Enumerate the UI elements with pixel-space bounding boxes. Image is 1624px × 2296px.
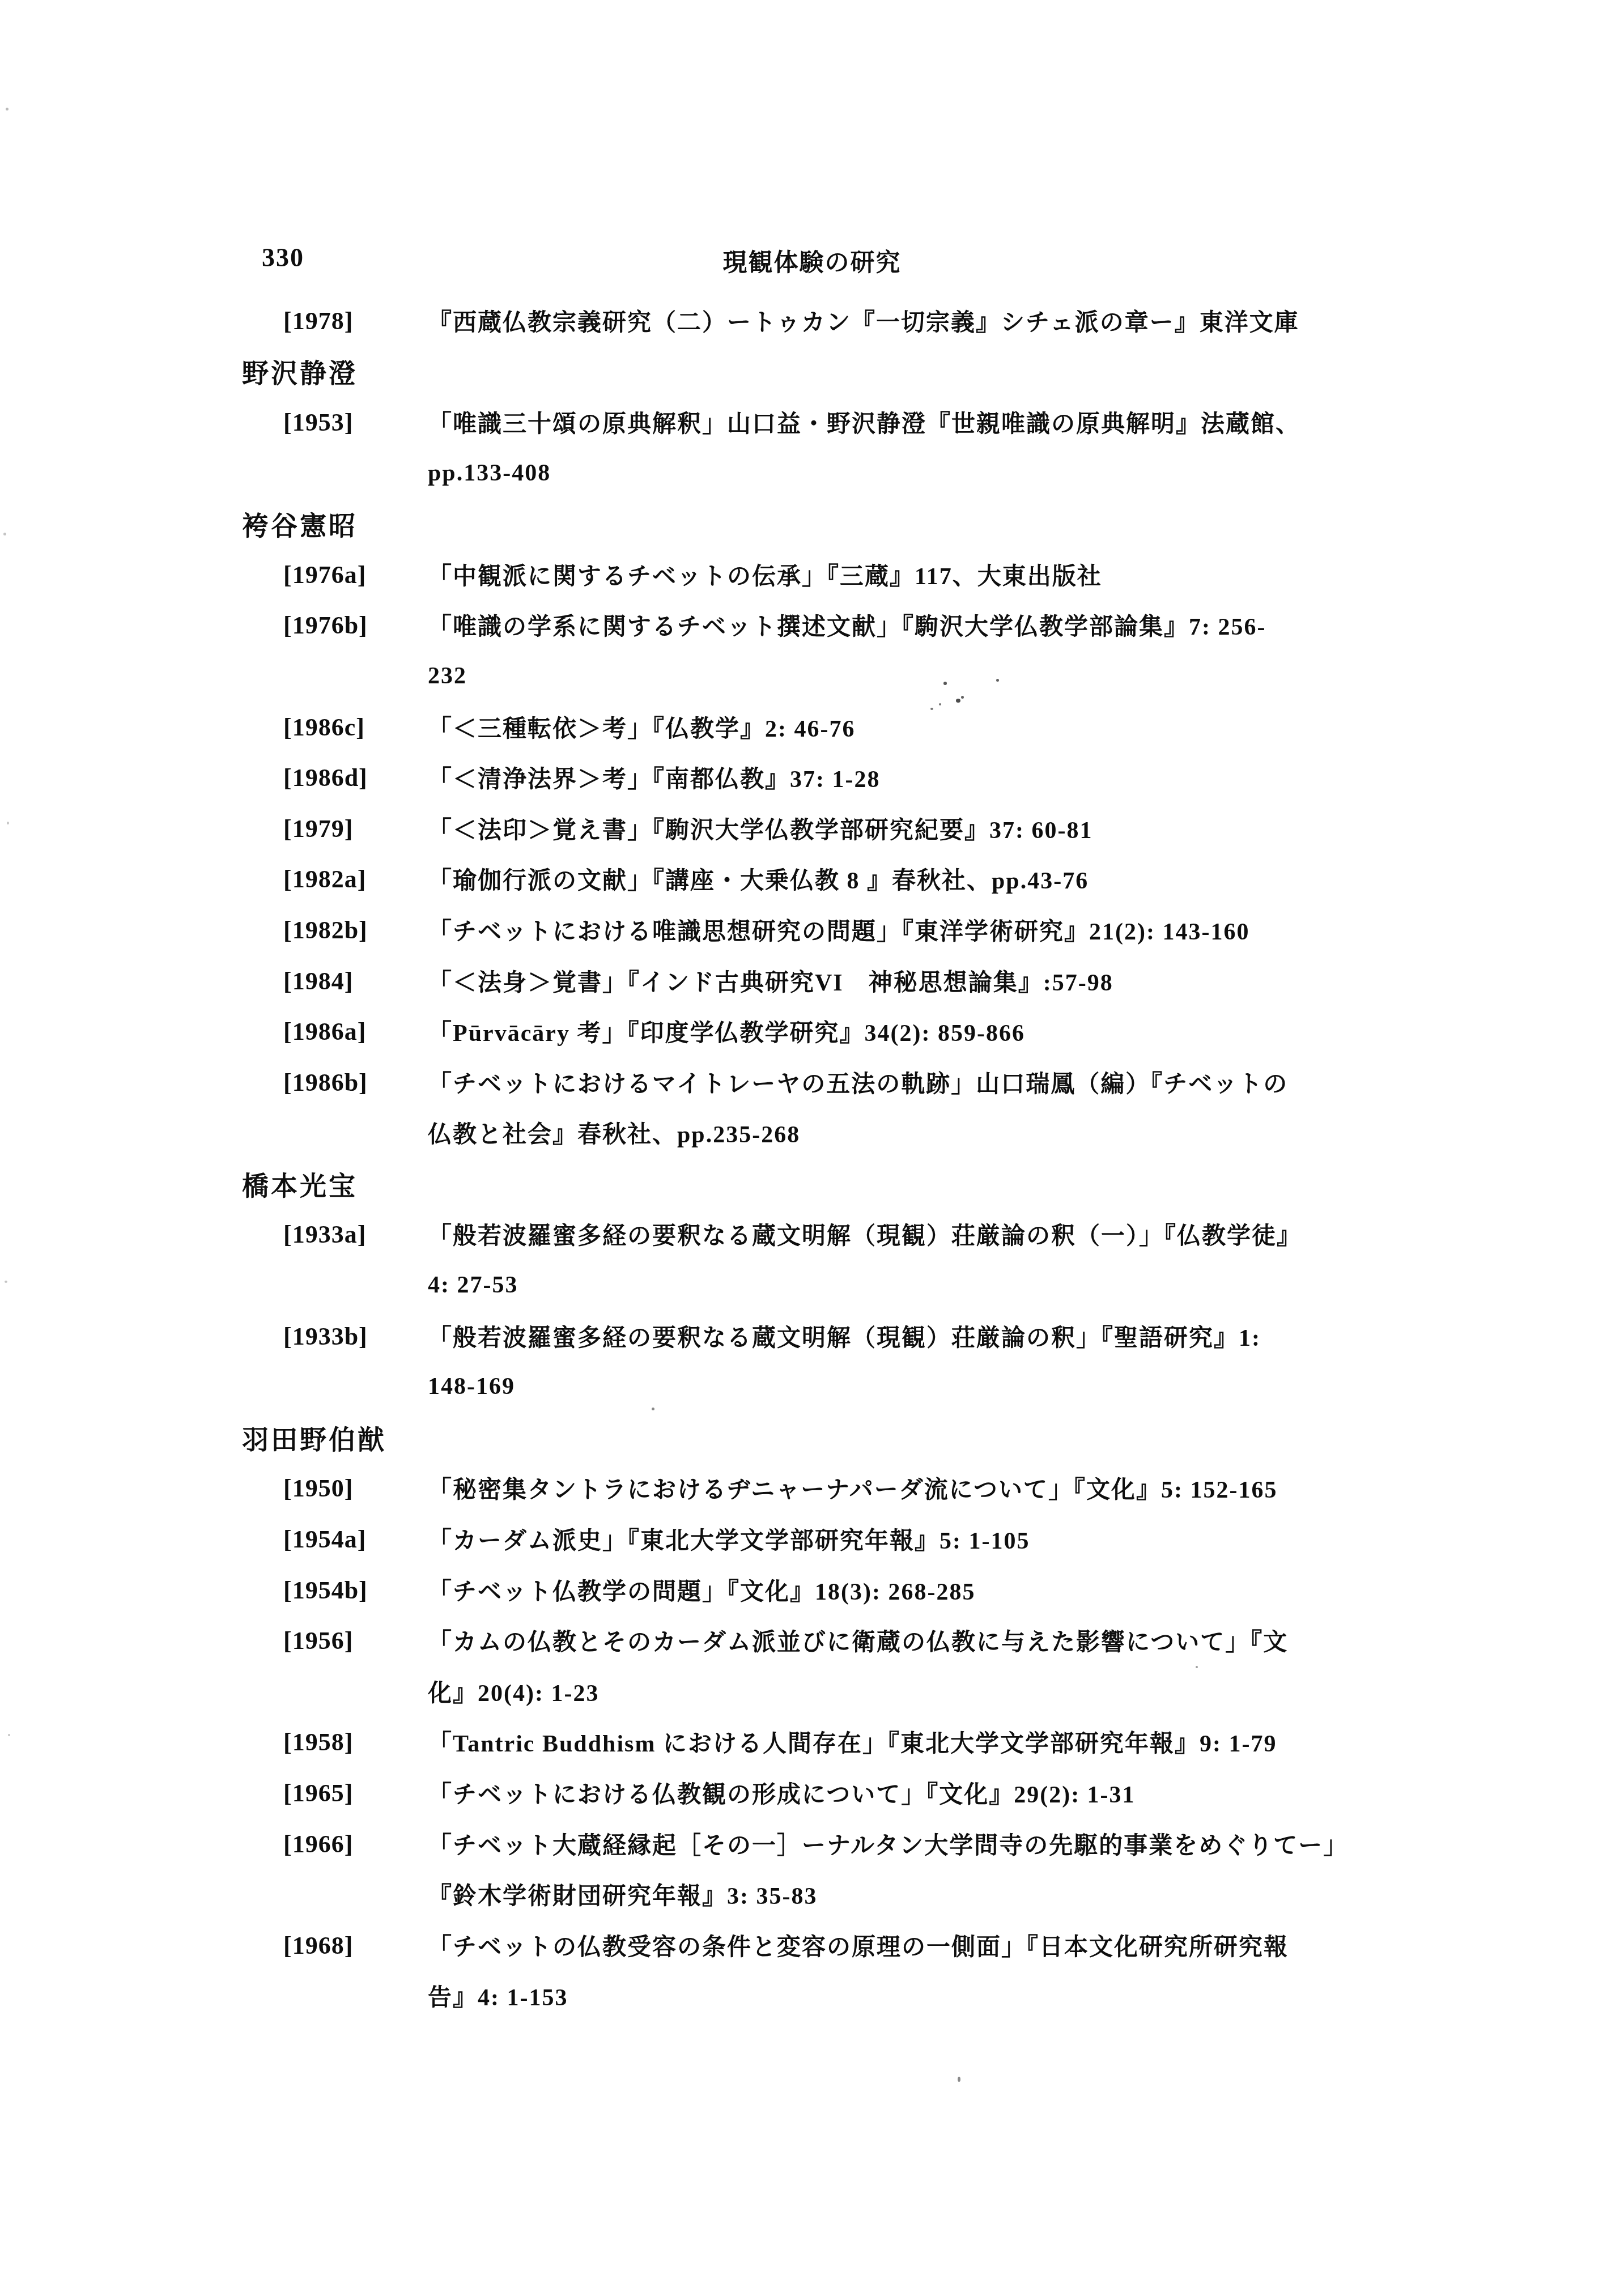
bibliography-entry-row: [1956]「カムの仏教とそのカーダム派並びに衛蔵の仏教に与えた影響について」『… [0, 1615, 1624, 1666]
entry-text: 「秘密集タントラにおけるヂニャーナパーダ流について」『文化』5: 152-165 [428, 1471, 1277, 1505]
entry-year-label: [1968] [283, 1931, 353, 1959]
bibliography-entry-row: [1986d]「＜清浄法界＞考」『南都仏教』37: 1-28 [0, 752, 1624, 803]
scan-artifact [7, 822, 9, 824]
bibliography-entry-row: [1954a]「カーダム派史」『東北大学文学部研究年報』5: 1-105 [0, 1513, 1624, 1564]
bibliography-entry-row: [1978]『西蔵仏教宗義研究（二）ートゥカン『一切宗義』シチェ派の章ー』東洋文… [0, 295, 1624, 346]
author-heading-row: 野沢静澄 [0, 346, 1624, 397]
bibliography-entry-row: [1933b]「般若波羅蜜多経の要釈なる蔵文明解（現観）荘厳論の釈」『聖語研究』… [0, 1311, 1624, 1362]
entry-text: 「チベットにおける唯識思想研究の問題」『東洋学術研究』21(2): 143-16… [428, 913, 1249, 947]
entry-text: 「チベット大蔵経縁起［その一］ーナルタン大学問寺の先駆的事業をめぐりてー」 [428, 1827, 1348, 1861]
scan-artifact [1196, 1666, 1198, 1668]
entry-year-label: [1933a] [283, 1220, 366, 1249]
bibliography-entry-row: [1968]「チベットの仏教受容の条件と変容の原理の一側面」『日本文化研究所研究… [0, 1920, 1624, 1971]
entry-year-label: [1984] [283, 966, 353, 995]
entry-year-label: [1956] [283, 1626, 353, 1655]
entry-text: 「＜清浄法界＞考」『南都仏教』37: 1-28 [428, 760, 880, 794]
bibliography-entry-row: [1986a]「Pūrvācāry 考」『印度学仏教学研究』34(2): 859… [0, 1006, 1624, 1057]
scan-artifact [5, 1281, 7, 1283]
entry-text: 「カムの仏教とそのカーダム派並びに衛蔵の仏教に与えた影響について」『文 [428, 1623, 1288, 1657]
entry-year-label: [1958] [283, 1728, 353, 1757]
entry-text: 『鈴木学術財団研究年報』3: 35-83 [428, 1877, 817, 1911]
scan-artifact [930, 708, 933, 710]
bibliography-entry-row: [1986c]「＜三種転依＞考」『仏教学』2: 46-76 [0, 701, 1624, 752]
entry-text: 「チベットにおける仏教観の形成について」『文化』29(2): 1-31 [428, 1776, 1136, 1810]
scan-artifact [958, 2077, 960, 2082]
entry-text: 「＜法印＞覚え書」『駒沢大学仏教学部研究紀要』37: 60-81 [428, 811, 1092, 845]
entry-text: 『西蔵仏教宗義研究（二）ートゥカン『一切宗義』シチェ派の章ー』東洋文庫 [428, 304, 1299, 338]
entry-text: 4: 27-53 [428, 1272, 518, 1299]
entry-text: 232 [428, 662, 467, 690]
entry-text: 「中観派に関するチベットの伝承」『三蔵』117、大東出版社 [428, 558, 1102, 592]
scan-artifact [652, 1408, 654, 1410]
scan-artifact [939, 703, 941, 705]
entry-year-label: [1966] [283, 1829, 353, 1858]
scan-artifact [943, 682, 947, 685]
entry-text: 「チベットにおけるマイトレーヤの五法の軌跡」山口瑞鳳（編）『チベットの [428, 1065, 1288, 1099]
author-name: 橋本光宝 [242, 1164, 358, 1202]
page-header: 330 現観体験の研究 [0, 243, 1624, 278]
scan-artifact [956, 699, 960, 703]
bibliography-entry-row: [1933a]「般若波羅蜜多経の要釈なる蔵文明解（現観）荘厳論の釈（一）」『仏教… [0, 1209, 1624, 1260]
scan-artifact [961, 696, 964, 699]
bibliography-entry-row: [1958]「Tantric Buddhism における人間存在」『東北大学文学… [0, 1717, 1624, 1768]
bibliography-entry-row: [1976b]「唯識の学系に関するチベット撰述文献」『駒沢大学仏教学部論集』7:… [0, 600, 1624, 651]
bibliography-entry-row: [1976a]「中観派に関するチベットの伝承」『三蔵』117、大東出版社 [0, 549, 1624, 600]
author-heading-row: 袴谷憲昭 [0, 498, 1624, 549]
entry-year-label: [1950] [283, 1474, 353, 1503]
entry-text: 「Pūrvācāry 考」『印度学仏教学研究』34(2): 859-866 [428, 1014, 1025, 1048]
entry-continuation-row: 化』20(4): 1-23 [0, 1666, 1624, 1717]
entry-year-label: [1978] [283, 306, 353, 335]
entry-text: 告』4: 1-153 [428, 1979, 568, 2013]
entry-year-label: [1976b] [283, 611, 368, 640]
entry-continuation-row: 148-169 [0, 1361, 1624, 1412]
entry-continuation-row: 告』4: 1-153 [0, 1971, 1624, 2022]
entry-continuation-row: 232 [0, 650, 1624, 701]
scan-artifact [8, 1734, 10, 1736]
entry-text: 「＜三種転依＞考」『仏教学』2: 46-76 [428, 710, 855, 744]
scanned-document-page: 330 現観体験の研究 [1978]『西蔵仏教宗義研究（二）ートゥカン『一切宗義… [0, 0, 1624, 2296]
scan-artifact [996, 679, 999, 682]
entry-text: 「般若波羅蜜多経の要釈なる蔵文明解（現観）荘厳論の釈」『聖語研究』1: [428, 1319, 1261, 1353]
entry-continuation-row: 仏教と社会』春秋社、pp.235-268 [0, 1108, 1624, 1159]
entry-text: 仏教と社会』春秋社、pp.235-268 [428, 1116, 800, 1150]
bibliography-entry-row: [1986b]「チベットにおけるマイトレーヤの五法の軌跡」山口瑞鳳（編）『チベッ… [0, 1057, 1624, 1108]
entry-text: 「唯識三十頌の原典解釈」山口益・野沢静澄『世親唯識の原典解明』法蔵館、 [428, 405, 1300, 439]
entry-year-label: [1933b] [283, 1321, 368, 1350]
bibliography-entry-row: [1954b]「チベット仏教学の問題」『文化』18(3): 268-285 [0, 1564, 1624, 1615]
entry-text: 「チベット仏教学の問題」『文化』18(3): 268-285 [428, 1573, 975, 1607]
entry-continuation-row: 『鈴木学術財団研究年報』3: 35-83 [0, 1869, 1624, 1920]
entry-year-label: [1976a] [283, 560, 366, 589]
entry-year-label: [1953] [283, 407, 353, 436]
entry-year-label: [1986d] [283, 763, 368, 792]
page-title: 現観体験の研究 [0, 244, 1624, 278]
author-heading-row: 羽田野伯猷 [0, 1412, 1624, 1463]
bibliography-entry-row: [1965]「チベットにおける仏教観の形成について」『文化』29(2): 1-3… [0, 1767, 1624, 1818]
author-name: 野沢静澄 [242, 352, 358, 390]
author-heading-row: 橋本光宝 [0, 1158, 1624, 1209]
entry-text: 「カーダム派史」『東北大学文学部研究年報』5: 1-105 [428, 1522, 1030, 1556]
entry-text: 「般若波羅蜜多経の要釈なる蔵文明解（現観）荘厳論の釈（一）」『仏教学徒』 [428, 1217, 1302, 1251]
entry-year-label: [1965] [283, 1779, 353, 1808]
bibliography-entry-row: [1953]「唯識三十頌の原典解釈」山口益・野沢静澄『世親唯識の原典解明』法蔵館… [0, 397, 1624, 448]
bibliography-entry-row: [1982a]「瑜伽行派の文献」『講座・大乗仏教 8 』春秋社、pp.43-76 [0, 854, 1624, 905]
entry-year-label: [1982a] [283, 865, 366, 894]
entry-year-label: [1954b] [283, 1575, 368, 1604]
entry-text: 「瑜伽行派の文献」『講座・大乗仏教 8 』春秋社、pp.43-76 [428, 862, 1089, 896]
entry-year-label: [1954a] [283, 1525, 366, 1554]
entry-text: 化』20(4): 1-23 [428, 1674, 599, 1708]
entry-text: 148-169 [428, 1373, 515, 1400]
bibliography-entry-row: [1984]「＜法身＞覚書」『インド古典研究VI 神秘思想論集』:57-98 [0, 955, 1624, 1006]
entry-continuation-row: pp.133-408 [0, 448, 1624, 499]
entry-year-label: [1986c] [283, 712, 365, 741]
entry-year-label: [1986a] [283, 1017, 366, 1046]
entry-continuation-row: 4: 27-53 [0, 1260, 1624, 1311]
entry-year-label: [1979] [283, 814, 353, 843]
bibliography-entry-row: [1966]「チベット大蔵経縁起［その一］ーナルタン大学問寺の先駆的事業をめぐり… [0, 1818, 1624, 1869]
bibliography-entry-row: [1979]「＜法印＞覚え書」『駒沢大学仏教学部研究紀要』37: 60-81 [0, 803, 1624, 854]
bibliography-list: [1978]『西蔵仏教宗義研究（二）ートゥカン『一切宗義』シチェ派の章ー』東洋文… [0, 295, 1624, 2021]
author-name: 羽田野伯猷 [242, 1418, 386, 1456]
entry-text: 「Tantric Buddhism における人間存在」『東北大学文学部研究年報』… [428, 1725, 1277, 1759]
scan-artifact [3, 533, 6, 535]
author-name: 袴谷憲昭 [242, 505, 358, 543]
entry-text: 「＜法身＞覚書」『インド古典研究VI 神秘思想論集』:57-98 [428, 964, 1113, 998]
bibliography-entry-row: [1950]「秘密集タントラにおけるヂニャーナパーダ流について」『文化』5: 1… [0, 1463, 1624, 1514]
scan-artifact [6, 108, 8, 110]
entry-year-label: [1982b] [283, 915, 368, 944]
bibliography-entry-row: [1982b]「チベットにおける唯識思想研究の問題」『東洋学術研究』21(2):… [0, 904, 1624, 955]
entry-year-label: [1986b] [283, 1068, 368, 1096]
entry-text: pp.133-408 [428, 460, 551, 487]
entry-text: 「唯識の学系に関するチベット撰述文献」『駒沢大学仏教学部論集』7: 256- [428, 608, 1266, 642]
entry-text: 「チベットの仏教受容の条件と変容の原理の一側面」『日本文化研究所研究報 [428, 1928, 1289, 1962]
